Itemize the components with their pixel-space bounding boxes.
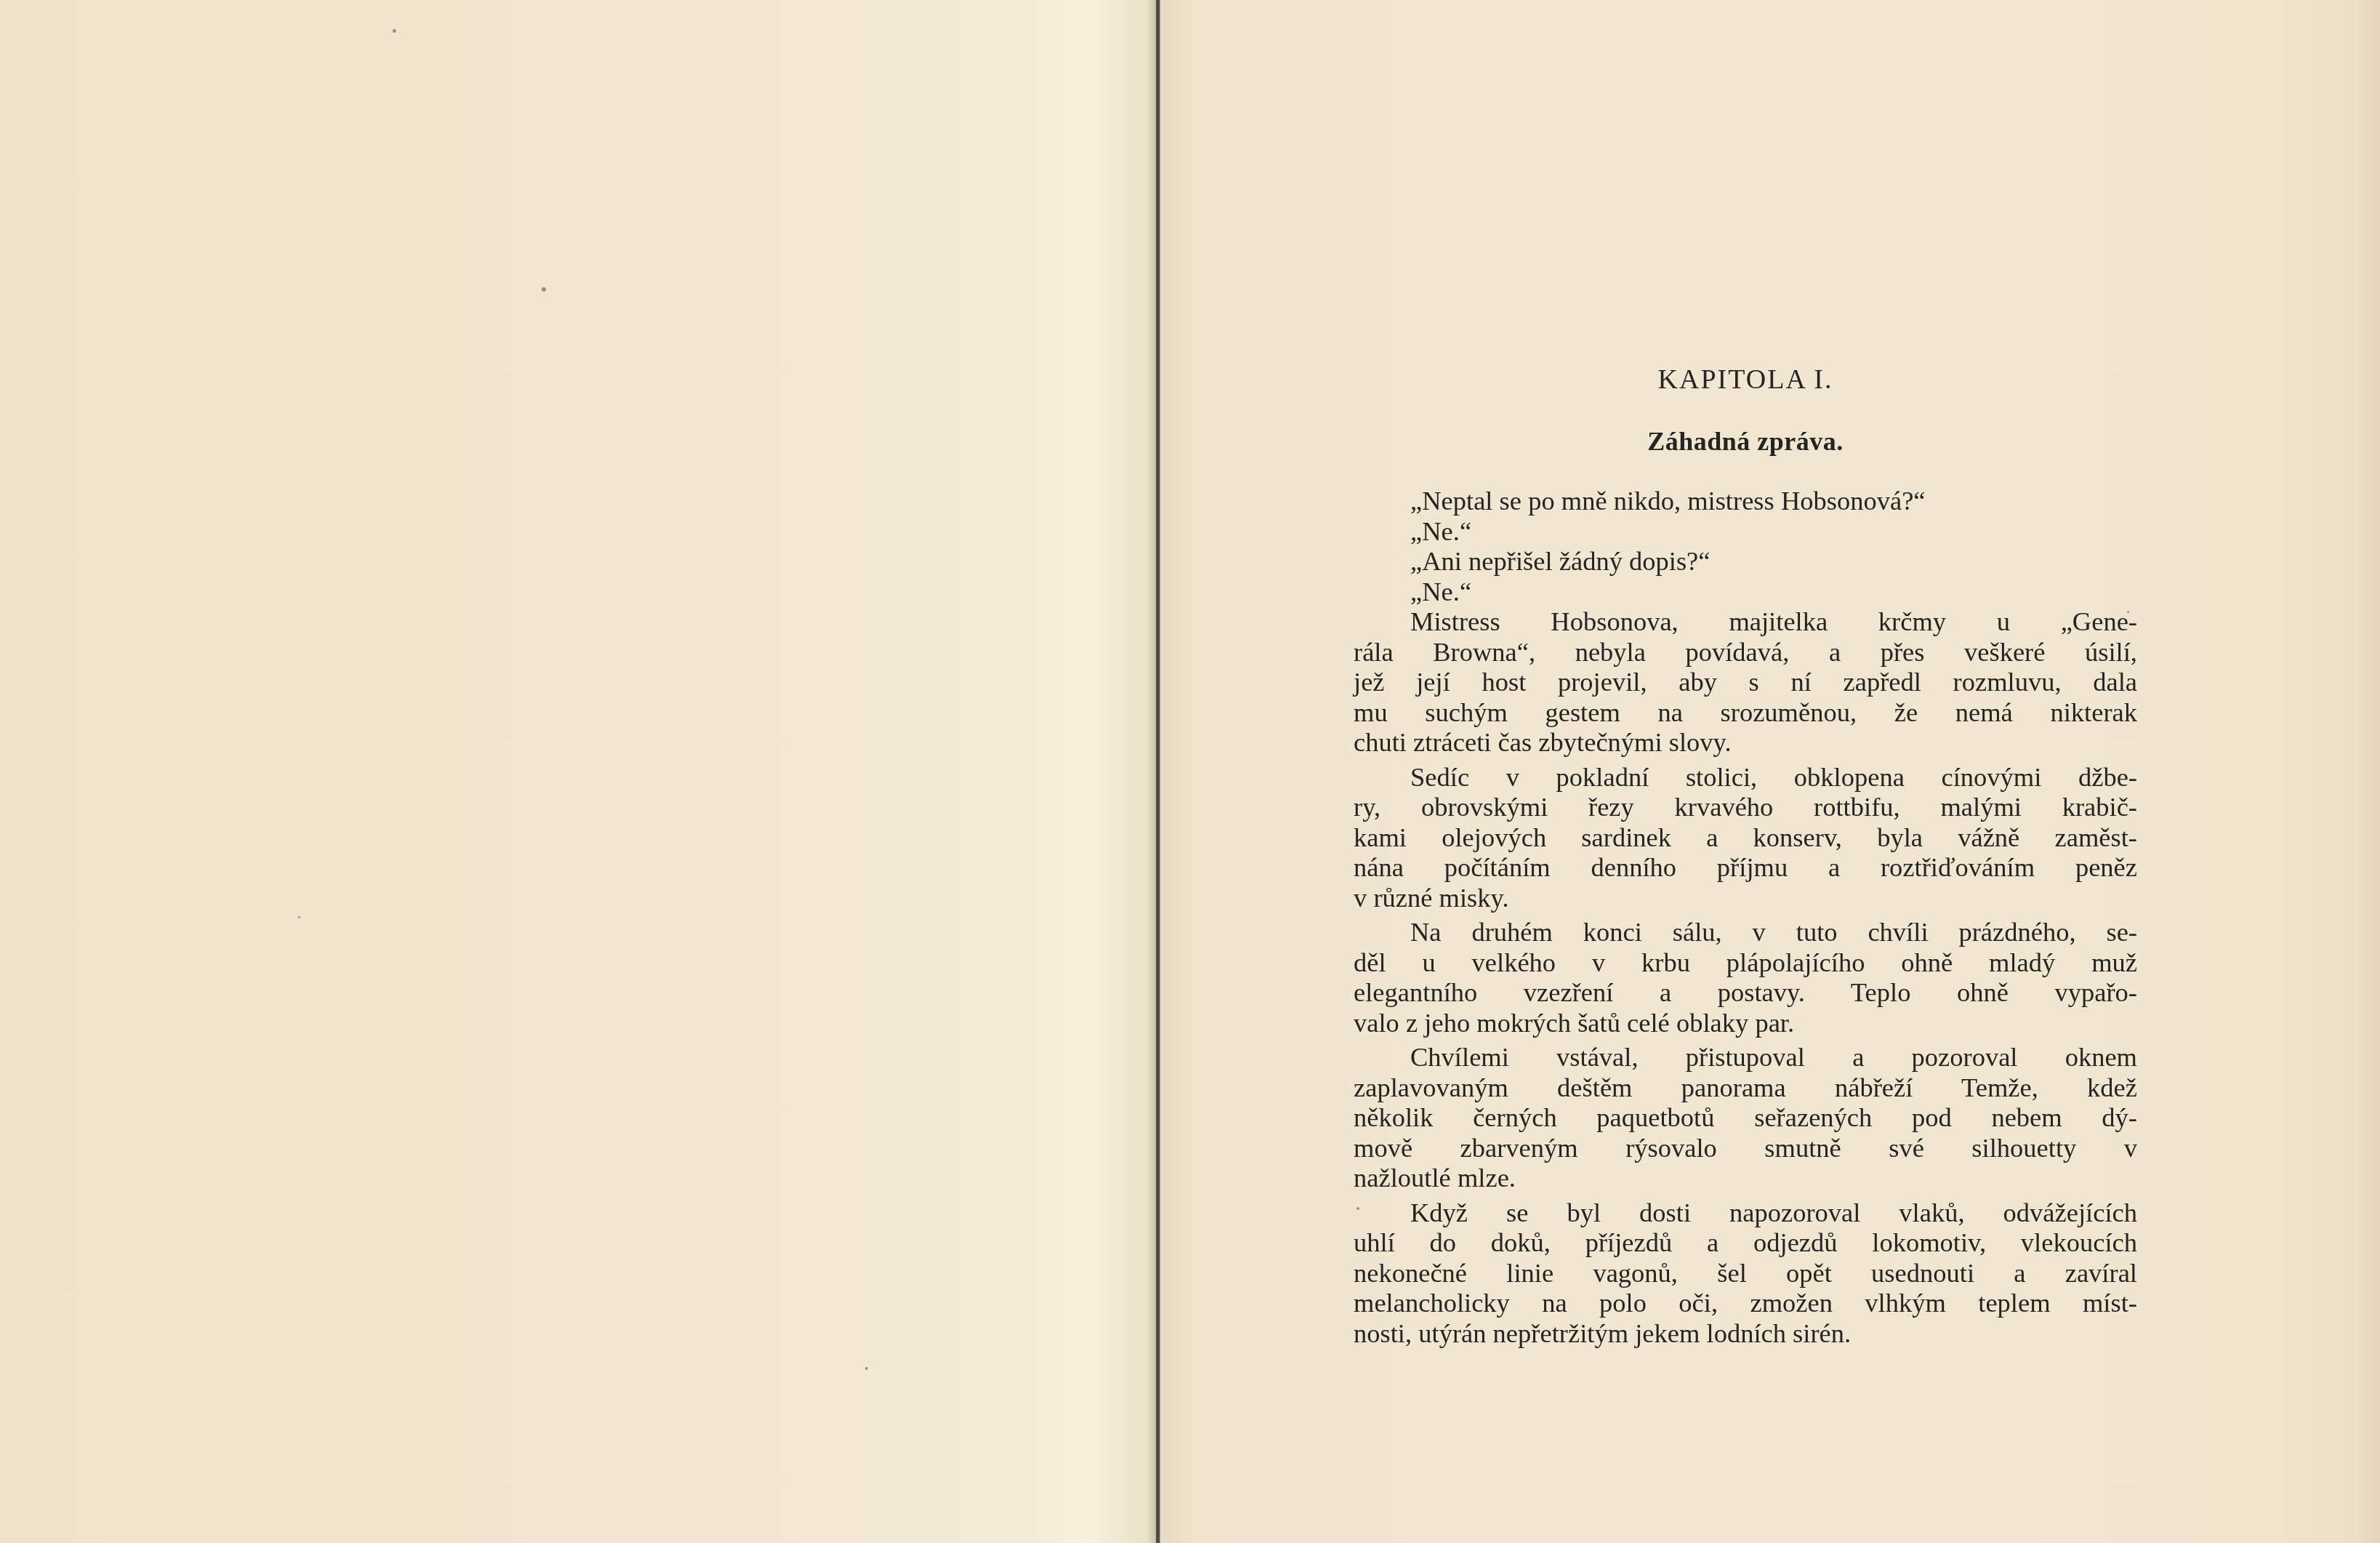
text-line: ry, obrovskými řezy krvavého rottbifu, m… (1354, 792, 2137, 822)
paragraph: „Ani nepřišel žádný dopis?“ (1354, 546, 2137, 577)
text-line: uhlí do doků, příjezdů a odjezdů lokomot… (1354, 1227, 2137, 1258)
text-line: „Neptal se po mně nikdo, mistress Hobson… (1354, 486, 2137, 516)
text-line: několik černých paquetbotů seřazených po… (1354, 1102, 2137, 1133)
chapter-body: „Neptal se po mně nikdo, mistress Hobson… (1354, 486, 2137, 1348)
text-line: nekonečné linie vagonů, šel opět usednou… (1354, 1258, 2137, 1288)
text-line: rála Browna“, nebyla povídavá, a přes ve… (1354, 637, 2137, 668)
paragraph: Sedíc v pokladní stolici, obklopena cíno… (1354, 762, 2137, 913)
text-line: kami olejových sardinek a konserv, byla … (1354, 822, 2137, 853)
text-line: Když se byl dosti napozoroval vlaků, odv… (1354, 1198, 2137, 1228)
text-line: jež její host projevil, aby s ní zapředl… (1354, 667, 2137, 697)
paper-speck (298, 916, 300, 918)
text-line: zaplavovaným deštěm panorama nábřeží Tem… (1354, 1073, 2137, 1103)
text-line: Na druhém konci sálu, v tuto chvíli práz… (1354, 917, 2137, 947)
paragraph: Chvílemi vstával, přistupoval a pozorova… (1354, 1042, 2137, 1193)
text-line: melancholicky na polo oči, zmožen vlhkým… (1354, 1288, 2137, 1318)
text-line: elegantního vzezření a postavy. Teplo oh… (1354, 977, 2137, 1008)
book-spread: KAPITOLA I. Záhadná zpráva. „Neptal se p… (0, 0, 2380, 1543)
chapter-title: KAPITOLA I. (1354, 364, 2137, 396)
left-page-blank (0, 0, 1157, 1543)
text-line: „Ne.“ (1354, 577, 2137, 607)
text-line: děl u velkého v krbu plápolajícího ohně … (1354, 947, 2137, 978)
paper-speck (542, 287, 546, 292)
paper-speck (865, 1367, 868, 1370)
text-line: chuti ztráceti čas zbytečnými slovy. (1354, 727, 2137, 758)
paragraph: Na druhém konci sálu, v tuto chvíli práz… (1354, 917, 2137, 1038)
paragraph: „Ne.“ (1354, 577, 2137, 607)
text-line: valo z jeho mokrých šatů celé oblaky par… (1354, 1008, 2137, 1038)
chapter-subtitle: Záhadná zpráva. (1354, 426, 2137, 457)
text-line: Chvílemi vstával, přistupoval a pozorova… (1354, 1042, 2137, 1073)
text-line: mu suchým gestem na srozuměnou, že nemá … (1354, 697, 2137, 728)
paragraph: Mistress Hobsonova, majitelka krčmy u „G… (1354, 606, 2137, 758)
text-line: nažloutlé mlze. (1354, 1163, 2137, 1193)
text-line: v různé misky. (1354, 883, 2137, 913)
text-line: Mistress Hobsonova, majitelka krčmy u „G… (1354, 606, 2137, 637)
text-line: „Ani nepřišel žádný dopis?“ (1354, 546, 2137, 577)
paragraph: „Neptal se po mně nikdo, mistress Hobson… (1354, 486, 2137, 516)
paragraph: „Ne.“ (1354, 516, 2137, 547)
text-line: nosti, utýrán nepřetržitým jekem lodních… (1354, 1318, 2137, 1349)
text-line: Sedíc v pokladní stolici, obklopena cíno… (1354, 762, 2137, 793)
chapter-text-block: KAPITOLA I. Záhadná zpráva. „Neptal se p… (1354, 364, 2137, 1348)
paragraph: Když se byl dosti napozoroval vlaků, odv… (1354, 1198, 2137, 1349)
text-line: „Ne.“ (1354, 516, 2137, 547)
text-line: nána počítáním denního příjmu a roztřiďo… (1354, 852, 2137, 883)
paper-speck (393, 29, 396, 33)
text-line: mově zbarveným rýsovalo smutně své silho… (1354, 1133, 2137, 1163)
